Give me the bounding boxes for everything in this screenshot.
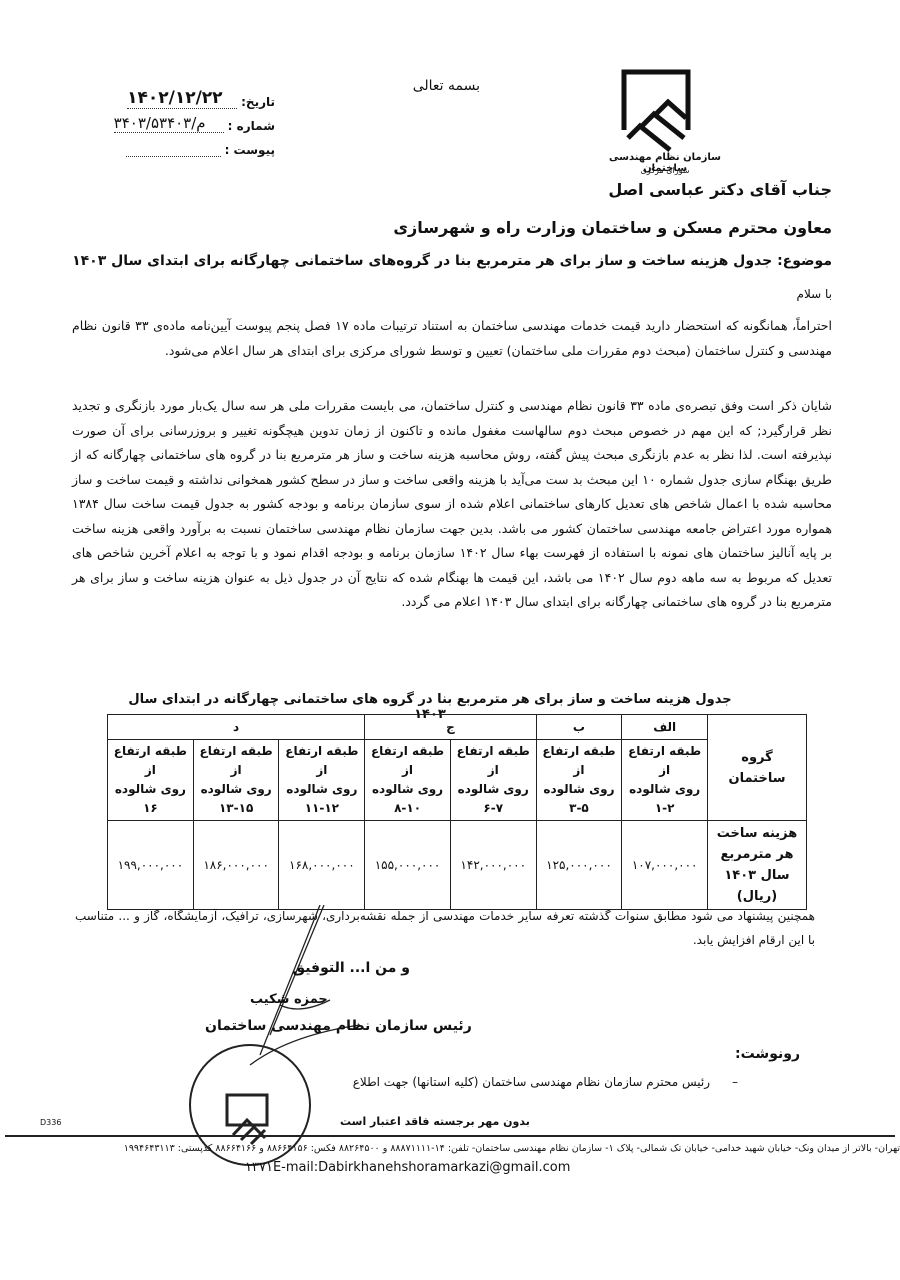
footer-year-mark: ۱۳۷۱	[245, 1160, 273, 1175]
cost-cell: ۱۰۷,۰۰۰,۰۰۰	[622, 821, 708, 910]
cost-cell: ۱۹۹,۰۰۰,۰۰۰	[108, 821, 194, 910]
floor-header: طبقه ارتفاع ازروی شالوده۱۶	[108, 740, 194, 821]
body-paragraph-2: شایان ذکر است وفق تبصره‌ی ماده ۳۳ قانون …	[72, 394, 832, 615]
attachment-row: پیوست :	[60, 133, 275, 157]
row-header-group: گروه ساختمان	[708, 715, 807, 821]
floor-header: طبقه ارتفاع ازروی شالوده۳-۵	[536, 740, 622, 821]
number-row: شماره : ۳۴۰۳/۵۳۴۰۳/م	[60, 109, 275, 133]
table-floor-row: طبقه ارتفاع ازروی شالوده۱-۲ طبقه ارتفاع …	[108, 740, 807, 821]
closing-phrase: و من ا... التوفیق	[210, 960, 410, 976]
floor-header: طبقه ارتفاع ازروی شالوده۱-۲	[622, 740, 708, 821]
group-alef: الف	[622, 715, 708, 740]
cost-cell: ۱۵۵,۰۰۰,۰۰۰	[365, 821, 451, 910]
footer-email-text[interactable]: E-mail:Dabirkhanehshoramarkazi@gmail.com	[273, 1160, 571, 1175]
group-be: ب	[536, 715, 622, 740]
cost-table: گروه ساختمان الف ب ج د طبقه ارتفاع ازروی…	[107, 714, 807, 910]
cost-cell: ۱۲۵,۰۰۰,۰۰۰	[536, 821, 622, 910]
date-label: تاریخ:	[241, 95, 275, 109]
table-group-row: گروه ساختمان الف ب ج د	[108, 715, 807, 740]
cost-cell: ۱۸۶,۰۰۰,۰۰۰	[193, 821, 279, 910]
cc-bullet: –	[732, 1075, 738, 1089]
date-row: تاریخ: ۱۴۰۲/۱۲/۲۲	[60, 85, 275, 109]
floor-header: طبقه ارتفاع ازروی شالوده۱۱-۱۲	[279, 740, 365, 821]
footer-divider	[5, 1135, 895, 1137]
validity-note: بدون مهر برجسته فاقد اعتبار است	[340, 1115, 530, 1128]
org-logo	[620, 68, 692, 153]
number-label: شماره :	[228, 119, 275, 133]
footer-address: تهران- بالاتر از میدان ونک- خیابان شهید …	[5, 1143, 900, 1154]
floor-header: طبقه ارتفاع ازروی شالوده۸-۱۰	[365, 740, 451, 821]
building-logo-icon	[620, 68, 692, 153]
group-dal: د	[108, 715, 365, 740]
greeting: با سلام	[797, 287, 832, 301]
recipient-title: معاون محترم مسکن و ساختمان وزارت راه و ش…	[393, 218, 832, 237]
cost-cell: ۱۶۸,۰۰۰,۰۰۰	[279, 821, 365, 910]
signer-name: حمزه شکیب	[250, 992, 328, 1007]
attachment-value	[126, 146, 221, 157]
row-header-cost: هزینه ساخت هر مترمربع سال ۱۴۰۳ (ریال)	[708, 821, 807, 910]
number-value: ۳۴۰۳/۵۳۴۰۳/م	[114, 114, 224, 133]
floor-header: طبقه ارتفاع ازروی شالوده۶-۷	[450, 740, 536, 821]
attachment-label: پیوست :	[225, 143, 275, 157]
date-value: ۱۴۰۲/۱۲/۲۲	[127, 88, 237, 109]
basmala: بسمه تعالی	[360, 78, 480, 94]
letter-meta: تاریخ: ۱۴۰۲/۱۲/۲۲ شماره : ۳۴۰۳/۵۳۴۰۳/م پ…	[60, 85, 275, 157]
subject-text: جدول هزینه ساخت و ساز برای هر مترمربع بن…	[72, 253, 772, 269]
org-subtitle: شورای مرکزی	[600, 166, 730, 175]
group-jim: ج	[365, 715, 536, 740]
table-value-row: هزینه ساخت هر مترمربع سال ۱۴۰۳ (ریال) ۱۰…	[108, 821, 807, 910]
recipient-name: جناب آقای دکتر عباسی اصل	[608, 180, 832, 199]
subject-label: موضوع:	[777, 253, 832, 269]
body-paragraph-3: همچنین پیشنهاد می شود مطابق سنوات گذشته …	[75, 904, 815, 952]
signer-title: رئیس سازمان نظام مهندسی ساختمان	[205, 1018, 472, 1034]
subject-line: موضوع: جدول هزینه ساخت و ساز برای هر متر…	[72, 253, 832, 269]
floor-header: طبقه ارتفاع ازروی شالوده۱۳-۱۵	[193, 740, 279, 821]
document-code: D336	[40, 1118, 61, 1127]
footer-email: ۱۳۷۱E-mail:Dabirkhanehshoramarkazi@gmail…	[245, 1160, 570, 1175]
body-paragraph-1: احتراماً، همانگونه که استحضار دارید قیمت…	[72, 314, 832, 363]
cc-item: رئیس محترم سازمان نظام مهندسی ساختمان (ک…	[353, 1075, 710, 1089]
cost-cell: ۱۴۲,۰۰۰,۰۰۰	[450, 821, 536, 910]
cc-title: رونوشت:	[735, 1046, 800, 1062]
